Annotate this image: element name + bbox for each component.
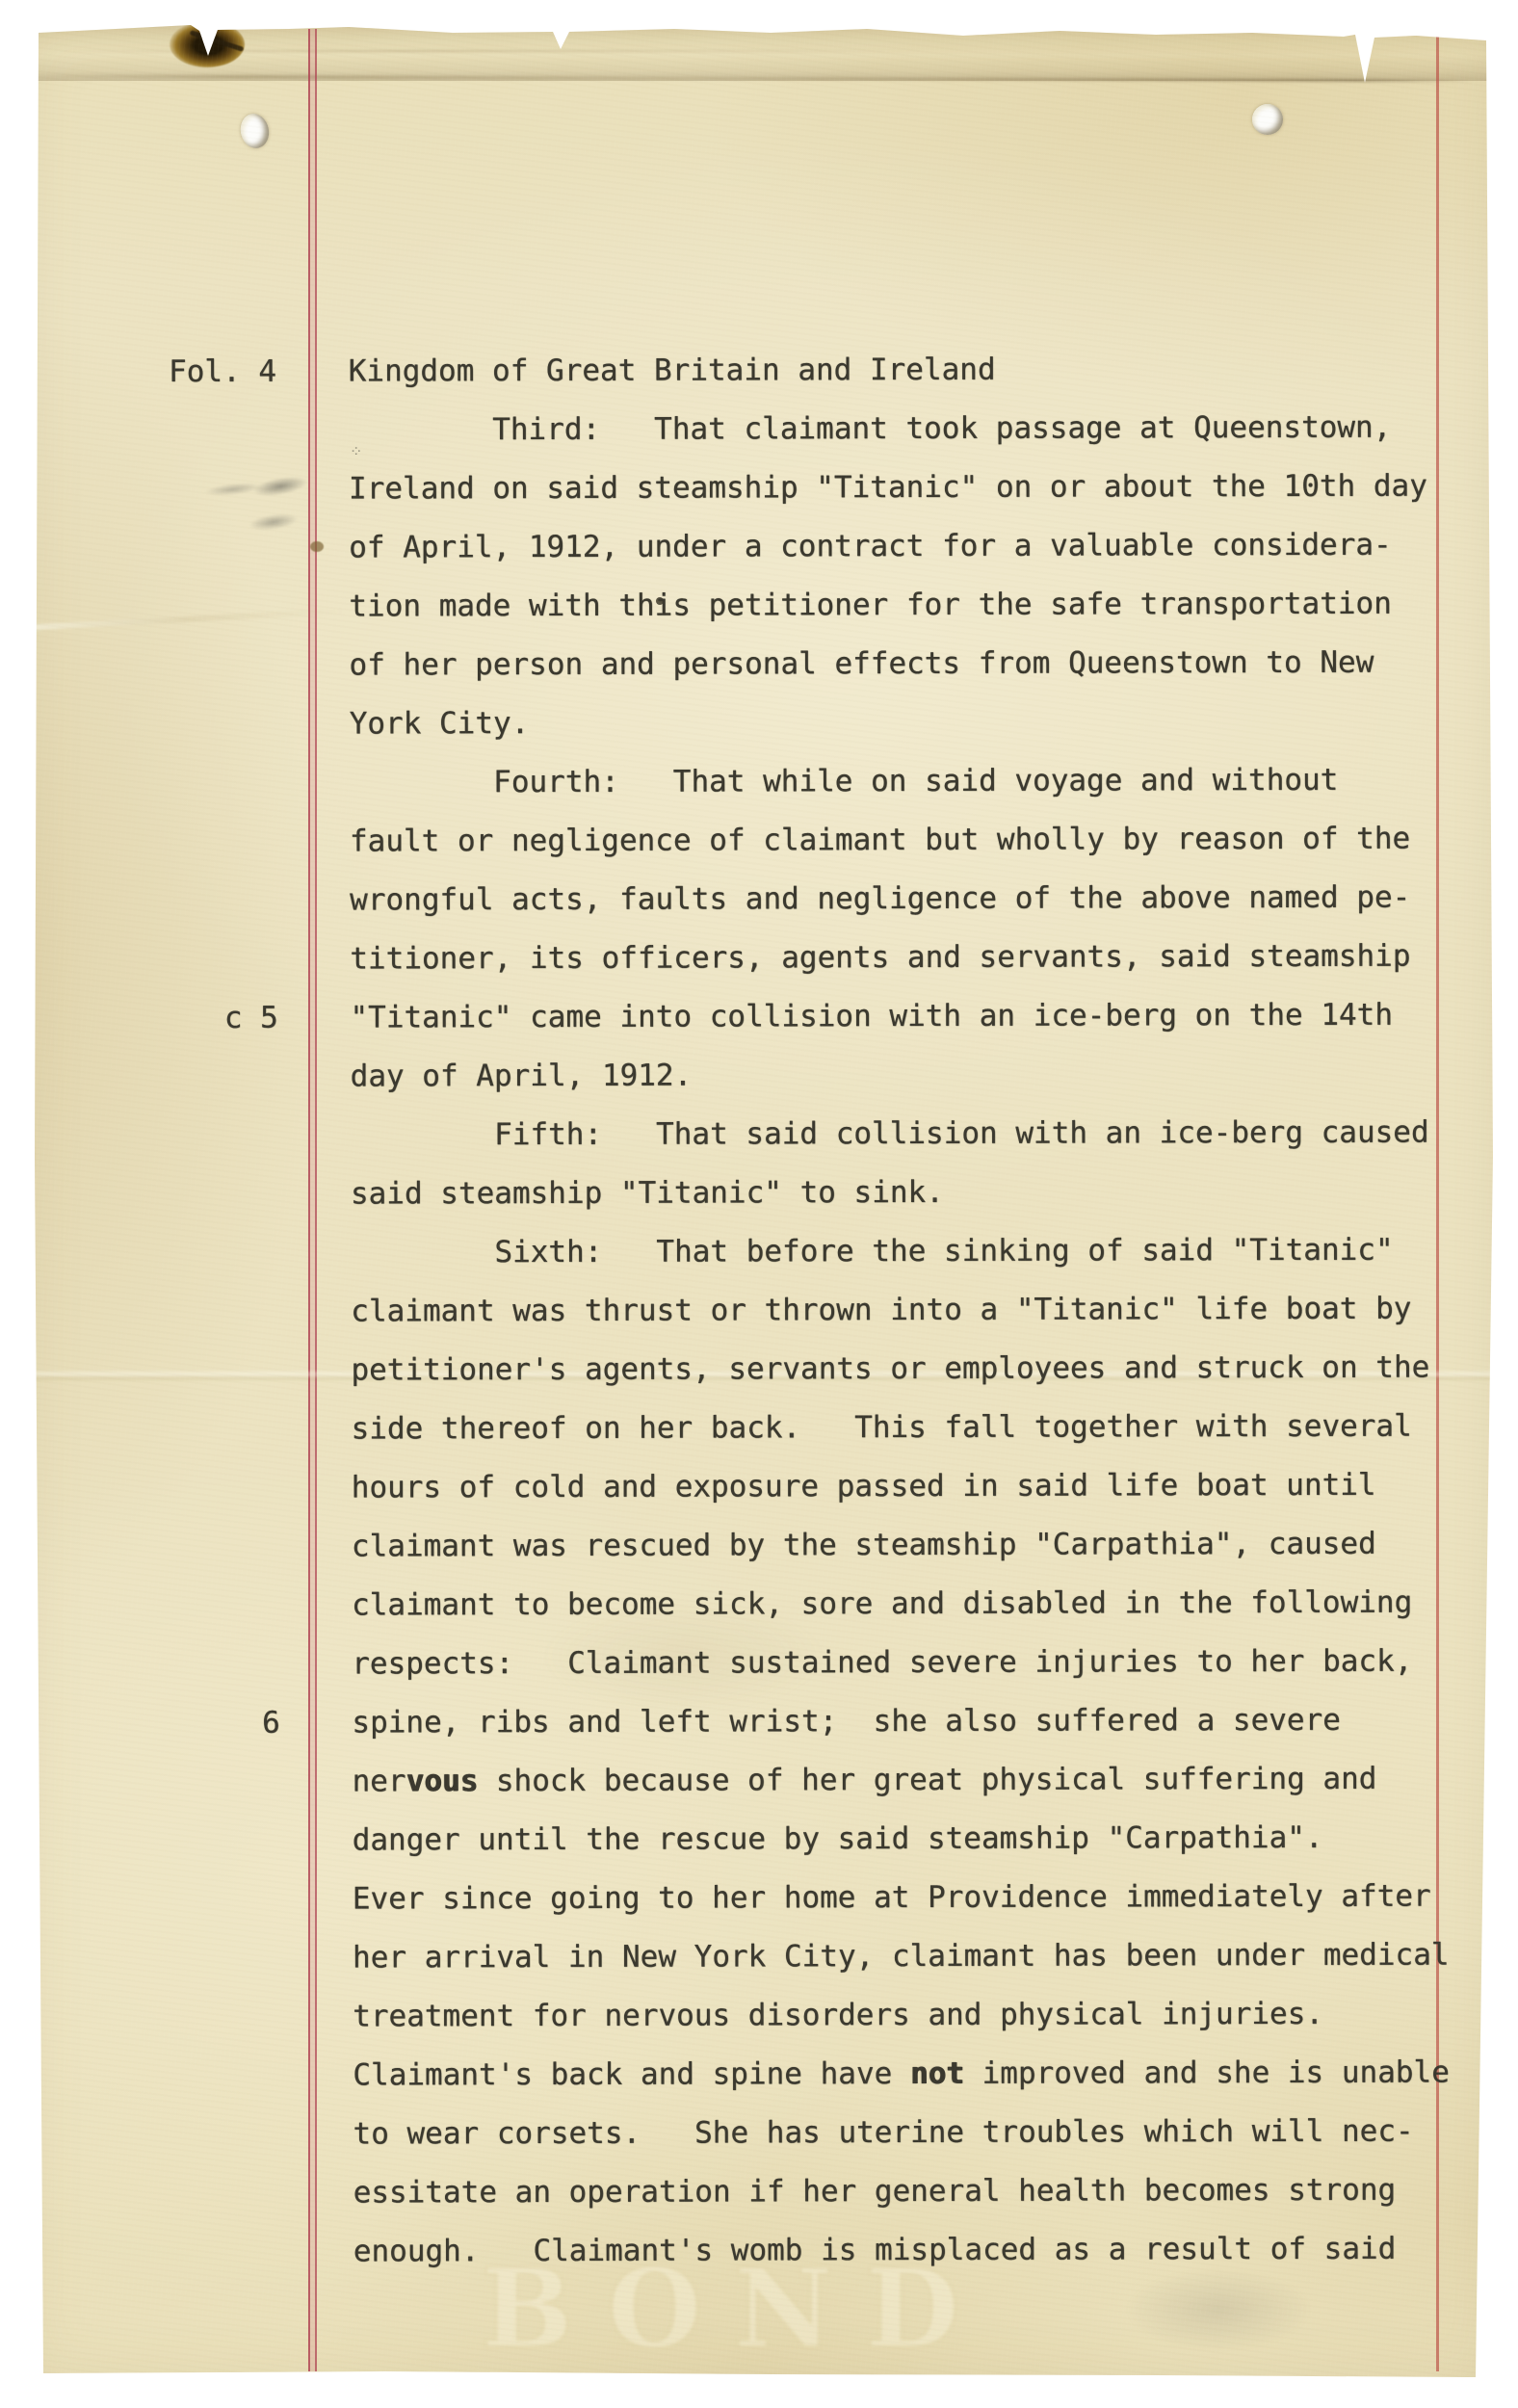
typed-line: danger until the rescue by said steamshi… [172,1809,1449,1871]
typed-line: petitioner's agents, servants or employe… [171,1339,1448,1400]
typed-line: day of April, 1912. [170,1045,1447,1107]
typed-text-block: Fol. 4 Kingdom of Great Britain and Irel… [169,340,1450,2282]
typed-line: York City. [170,693,1446,754]
typed-line: Claimant's back and spine have not impro… [173,2044,1450,2106]
gray-stain [1127,2269,1310,2350]
typed-line: respects: Claimant sustained severe inju… [172,1633,1449,1694]
typed-line: Third: That claimant took passage at Que… [169,399,1445,460]
typed-line: side thereof on her back. This fall toge… [171,1398,1448,1459]
typed-line-folio: Fol. 4 Kingdom of Great Britain and Irel… [169,340,1445,402]
typed-line: said steamship "Titanic" to sink. [170,1163,1447,1224]
typed-line: Ireland on said steamship "Titanic" on o… [169,458,1445,519]
typed-line: enough. Claimant's womb is misplaced as … [173,2220,1450,2282]
punch-hole-left [238,111,273,150]
scanned-document-screenshot: { "page": { "kind": "scanned typewritten… [0,0,1518,2408]
typed-line: claimant to become sick, sore and disabl… [171,1574,1448,1636]
typed-line: essitate an operation if her general hea… [173,2161,1450,2223]
typed-line: hours of cold and exposure passed in sai… [171,1456,1448,1518]
paper-page: ⁘ BOND Fol. 4 Kingdom of Great Britain a… [0,0,1518,2408]
typed-line: Fourth: That while on said voyage and wi… [170,751,1446,813]
typed-line-margin-mark: c 5 "Titanic" came into collision with a… [170,986,1447,1048]
typed-line: tion made with this petitioner for the s… [170,575,1446,637]
typed-line: wrongful acts, faults and negligence of … [170,869,1446,930]
typed-line: claimant was thrust or thrown into a "Ti… [171,1280,1448,1342]
typed-line: of her person and personal effects from … [170,634,1446,695]
typed-line: to wear corsets. She has uterine trouble… [173,2103,1450,2164]
typed-line: Ever since going to her home at Providen… [172,1868,1449,1929]
typed-line: her arrival in New York City, claimant h… [172,1926,1449,1988]
typed-line: nervous shock because of her great physi… [172,1750,1449,1812]
typed-line: claimant was rescued by the steamship "C… [171,1515,1448,1577]
typed-line: titioner, its officers, agents and serva… [170,928,1447,989]
typed-line-margin-mark: 6 spine, ribs and left wrist; she also s… [172,1691,1449,1753]
typed-line: of April, 1912, under a contract for a v… [169,516,1445,578]
typed-line: Fifth: That said collision with an ice-b… [170,1104,1447,1165]
punch-hole-right [1252,104,1283,135]
typed-line: treatment for nervous disorders and phys… [172,1985,1449,2047]
typed-line: Sixth: That before the sinking of said "… [170,1221,1447,1283]
typed-line: fault or negligence of claimant but whol… [170,810,1446,872]
